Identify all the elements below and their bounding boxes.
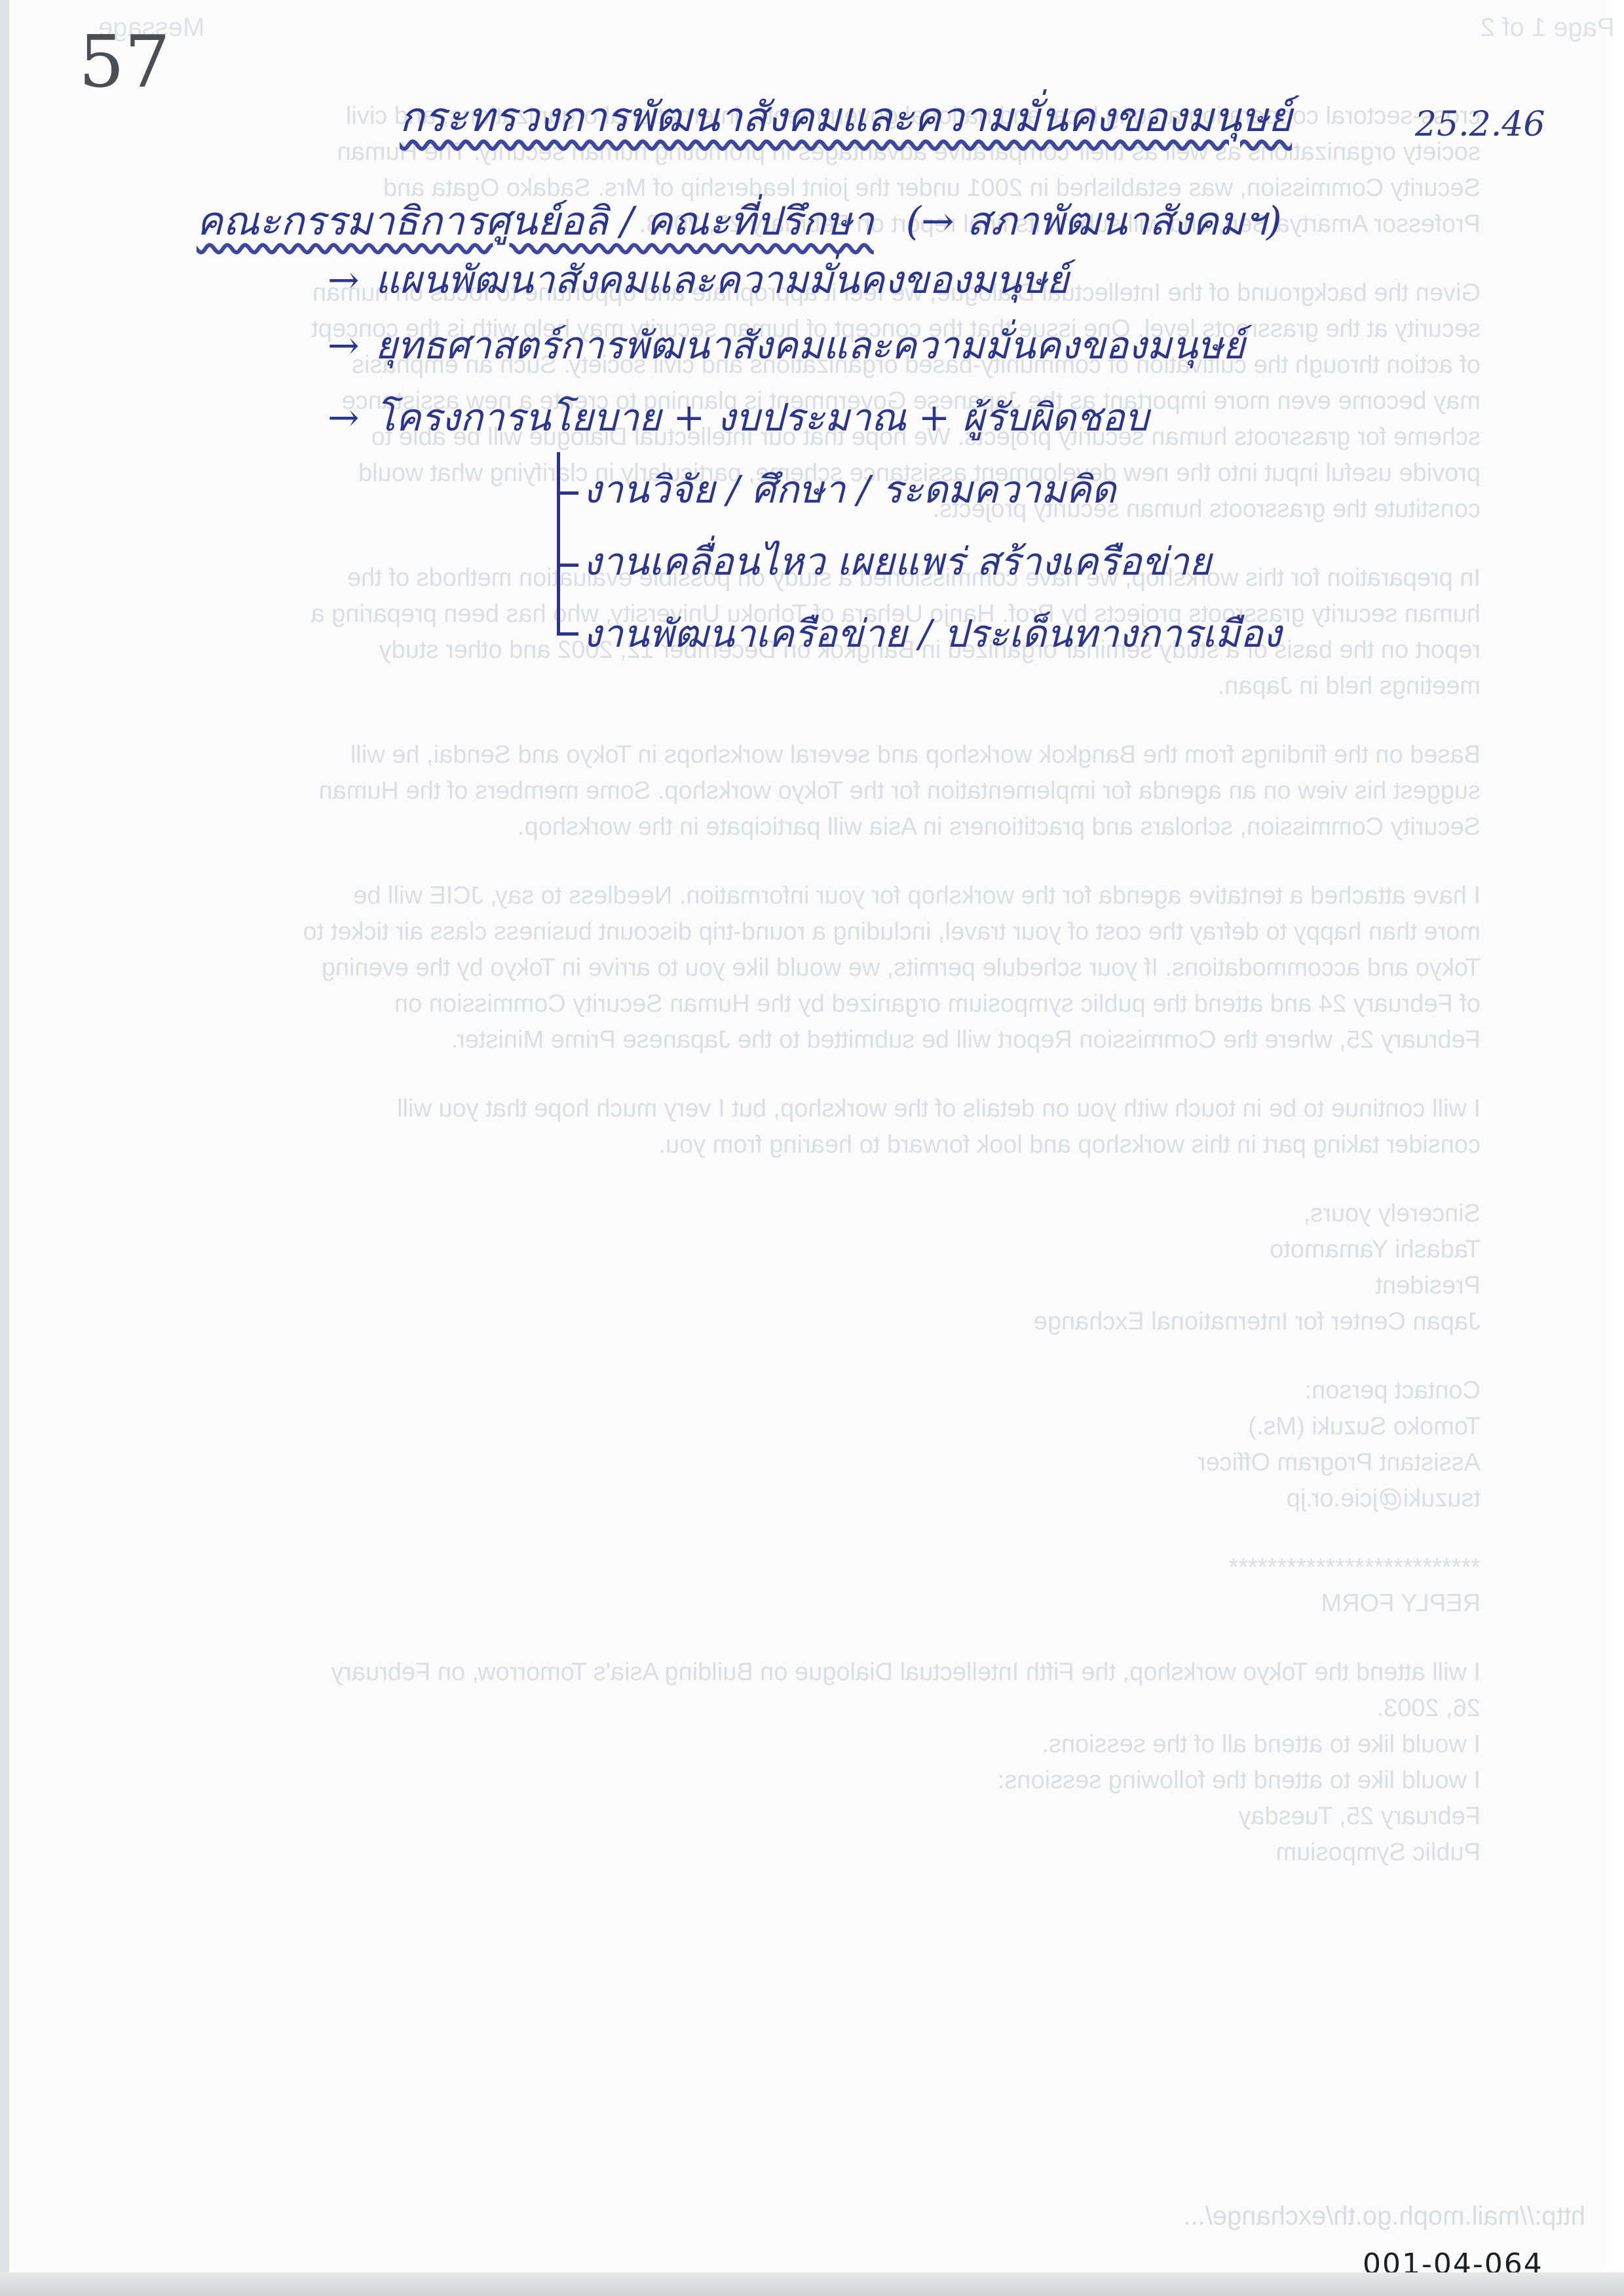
show-through-paragraph: I will continue to be in touch with you … xyxy=(301,1091,1481,1163)
sub-item: งานเคลื่อนไหว เผยแพร่ สร้างเครือข่าย xyxy=(583,531,1211,592)
bracket-tick xyxy=(560,491,578,495)
page-number: 57 xyxy=(79,20,170,104)
show-through-paragraph: Based on the findings from the Bangkok w… xyxy=(301,737,1481,845)
handwritten-line-2: คณะกรรมาธิการศูนย์อลิ / คณะที่ปรึกษา (→ … xyxy=(197,190,1282,252)
arrow-item-text: ยุทธศาสตร์การพัฒนาสังคมและความมั่นคงของม… xyxy=(375,323,1245,368)
bracket-tick xyxy=(560,632,578,636)
show-through-header-left: Page 1 of 2 xyxy=(1481,13,1615,43)
scanned-page: Message Page 1 of 2 cross-sectoral coope… xyxy=(0,0,1624,2296)
arrow-item: →ยุทธศาสตร์การพัฒนาสังคมและความมั่นคงของ… xyxy=(328,315,1245,375)
scan-edge-bottom xyxy=(0,2272,1624,2296)
scan-edge-left xyxy=(0,0,9,2296)
heading-text: กระทรวงการพัฒนาสังคมและความมั่นคงของมนุษ… xyxy=(400,93,1292,141)
arrow-right-icon: → xyxy=(328,395,360,440)
sub-item: งานวิจัย / ศึกษา / ระดมความคิด xyxy=(583,459,1116,520)
council-text: (→ สภาพัฒนาสังคมฯ) xyxy=(906,199,1282,244)
scan-edge-right xyxy=(1604,0,1624,2296)
bracket-tick xyxy=(560,564,578,567)
committee-text: คณะกรรมาธิการศูนย์อลิ / คณะที่ปรึกษา xyxy=(197,199,874,244)
show-through-paragraph: I have attached a tentative agenda for t… xyxy=(301,878,1481,1058)
arrow-item: →แผนพัฒนาสังคมและความมั่นคงของมนุษย์ xyxy=(328,249,1068,310)
arrow-item-text: โครงการนโยบาย + งบประมาณ + ผู้รับผิดชอบ xyxy=(375,395,1149,440)
arrow-item-text: แผนพัฒนาสังคมและความมั่นคงของมนุษย์ xyxy=(375,258,1069,302)
arrow-right-icon: → xyxy=(328,323,360,368)
show-through-signature: Sincerely yours, Tadashi Yamamoto Presid… xyxy=(301,1196,1481,1340)
handwritten-date: 25.2.46 xyxy=(1415,105,1545,144)
arrow-item: →โครงการนโยบาย + งบประมาณ + ผู้รับผิดชอบ xyxy=(328,387,1148,448)
arrow-right-icon: → xyxy=(328,258,360,302)
show-through-reply-form-title: ************************** REPLY FORM xyxy=(301,1550,1481,1622)
handwritten-heading: กระทรวงการพัฒนาสังคมและความมั่นคงของมนุษ… xyxy=(400,85,1292,149)
bracket-connector xyxy=(557,452,578,636)
show-through-footer-url: http://mail.moph.go.th/exchange/... xyxy=(26,2202,1585,2231)
sub-item: งานพัฒนาเครือข่าย / ประเด็นทางการเมือง xyxy=(583,603,1281,664)
show-through-contact: Contact person: Tomoko Suzuki (Ms.) Assi… xyxy=(301,1373,1481,1517)
show-through-reply-form: I will attend the Tokyo workshop, the Fi… xyxy=(301,1655,1481,1871)
